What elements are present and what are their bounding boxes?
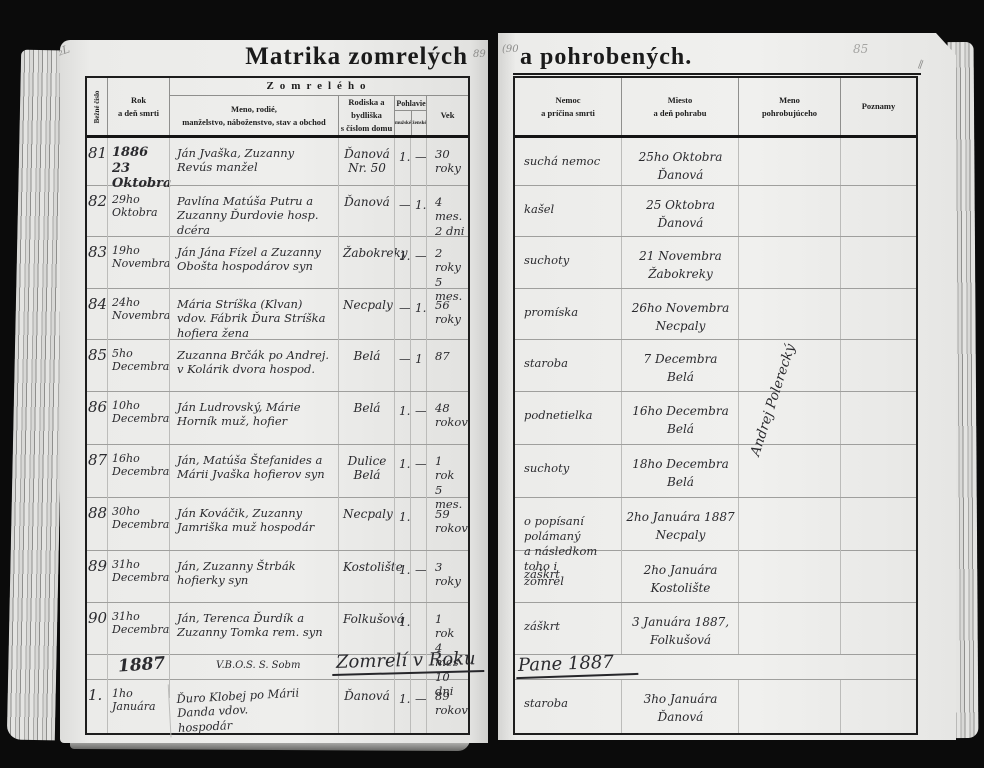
- cell-notes: [840, 392, 916, 444]
- register-row: 8830ho DecembraJán Kováčik, Zuzanny Jamr…: [87, 497, 468, 550]
- cell-name: Ján, Zuzanny Štrbák hofierky syn: [169, 551, 338, 602]
- cell-entry-number: 85: [87, 340, 107, 391]
- right-page-title: a pohrobených.: [520, 44, 692, 71]
- cell-sex-female: —: [410, 138, 426, 192]
- cell-buried-by: [738, 237, 840, 288]
- cell-cause-of-death: záškrt: [515, 551, 621, 602]
- column-header-sex-female: ženské: [411, 111, 427, 135]
- cell-death-date: 31ho Decembra: [107, 551, 169, 602]
- cell-notes: [840, 551, 916, 602]
- cell-entry-number: 88: [87, 498, 107, 550]
- cell-sex-male: 1.: [394, 680, 410, 733]
- cell-sex-male: 1.: [394, 551, 410, 602]
- cell-cause-of-death: podnetielka: [515, 392, 621, 444]
- cell-name: Mária Stríška (Klvan) vdov. Fábrik Ďura …: [169, 289, 338, 340]
- register-row: 8229ho OktobraPavlína Matúša Putru a Zuz…: [87, 185, 468, 236]
- pencil-mark-top-right: 85: [853, 42, 868, 56]
- cell-cause-of-death: kašel: [515, 186, 621, 236]
- cell-burial-place-date: 2ho Januára Kostolište: [621, 551, 738, 602]
- column-header-buried-by: Meno pohrobujúceho: [738, 78, 840, 135]
- burial-row: o popísaní polámaný a následkom toho i z…: [515, 497, 916, 550]
- cell-age: 59 rokov: [426, 498, 468, 550]
- register-row: 8716ho DecembraJán, Matúša Štefanides a …: [87, 444, 468, 497]
- cell-death-date: 5ho Decembra: [107, 340, 169, 391]
- register-row: 8424ho NovembraMária Stríška (Klvan) vdo…: [87, 288, 468, 339]
- burial-row: kašel25 Oktobra Ďanová: [515, 185, 916, 236]
- cell-buried-by: [738, 603, 840, 654]
- cell-name: Ďuro Klobej po Márii Danda vdov. hospodá…: [168, 676, 340, 738]
- burial-row: suchoty21 Novembra Žabokreky: [515, 236, 916, 288]
- cell-name: Pavlína Matúša Putru a Zuzanny Ďurdovie …: [169, 186, 338, 238]
- cell-entry-number: 1.: [87, 680, 107, 733]
- cell-burial-place-date: 25 Oktobra Ďanová: [621, 186, 738, 236]
- burial-row: suchoty18ho Decembra Belá: [515, 444, 916, 497]
- cell-death-date: 1ho Januára: [107, 680, 169, 733]
- burial-row: podnetielka16ho Decembra Belá: [515, 391, 916, 444]
- cell-cause-of-death: staroba: [515, 680, 621, 733]
- cell-residence: Necpaly: [338, 498, 394, 550]
- cell-notes: [840, 603, 916, 654]
- cell-age: 48 rokov: [426, 392, 468, 444]
- divider-year-1887: 1887: [117, 653, 166, 676]
- cell-cause-of-death: suchoty: [515, 237, 621, 288]
- cell-notes: [840, 138, 916, 185]
- left-page-title: Matrika zomrelých: [245, 43, 468, 71]
- cell-sex-female: 1: [410, 340, 426, 391]
- cell-burial-place-date: 25ho Oktobra Ďanová: [621, 138, 738, 185]
- cell-age: 56 roky: [426, 289, 468, 340]
- cell-cause-of-death: suchoty: [515, 445, 621, 497]
- cell-notes: [840, 680, 916, 733]
- burial-row: záškrt3 Januára 1887, Folkušová: [515, 602, 916, 654]
- section-header-zomreleho: Zomrelého: [169, 78, 468, 96]
- column-header-sex-male: mužské: [395, 111, 411, 135]
- cell-age: 4 mes. 2 dni: [426, 186, 468, 238]
- burial-row: staroba7 Decembra Belá: [515, 339, 916, 391]
- cell-death-date: 30ho Decembra: [107, 498, 169, 550]
- column-header-burial: Miesto a deň pohrabu: [621, 78, 738, 135]
- burial-row: staroba3ho Januára Ďanová: [515, 679, 916, 733]
- column-header-cause: Nemoc a príčina smrti: [515, 78, 621, 135]
- register-row: 8931ho DecembraJán, Zuzanny Štrbák hofie…: [87, 550, 468, 602]
- cell-notes: [840, 237, 916, 288]
- cell-notes: [840, 289, 916, 339]
- cell-entry-number: 81: [87, 138, 107, 192]
- column-header-date: Rok a deň smrti: [107, 78, 169, 135]
- cell-sex-female: 1.: [410, 186, 426, 238]
- cell-sex-female: —: [410, 680, 426, 733]
- cell-residence: Belá: [338, 340, 394, 391]
- cell-sex-female: [410, 498, 426, 550]
- cell-death-date: 10ho Decembra: [107, 392, 169, 444]
- cell-residence: Belá: [338, 392, 394, 444]
- cell-burial-place-date: 21 Novembra Žabokreky: [621, 237, 738, 288]
- cell-buried-by: [738, 138, 840, 185]
- cell-entry-number: 84: [87, 289, 107, 340]
- cell-buried-by: [738, 186, 840, 236]
- register-row: 811886 23 OktobraJán Jvaška, Zuzanny Rev…: [87, 138, 468, 185]
- cell-buried-by: [738, 551, 840, 602]
- burial-row: promíska26ho Novembra Necpaly: [515, 288, 916, 339]
- cell-burial-place-date: 3 Januára 1887, Folkušová: [621, 603, 738, 654]
- cell-sex-female: —: [410, 551, 426, 602]
- cell-entry-number: 89: [87, 551, 107, 602]
- cell-name: Ján Ludrovský, Márie Horník muž, hofier: [169, 392, 338, 444]
- burial-row: záškrt2ho Januára Kostolište: [515, 550, 916, 602]
- cell-residence: Ďanová Nr. 50: [338, 138, 394, 192]
- cell-residence: Kostolište: [338, 551, 394, 602]
- register-row: 8610ho DecembraJán Ludrovský, Márie Horn…: [87, 391, 468, 444]
- cell-residence: Ďanová: [338, 680, 394, 733]
- cell-burial-place-date: 7 Decembra Belá: [621, 340, 738, 391]
- register-row: 1.1ho JanuáraĎuro Klobej po Márii Danda …: [87, 679, 468, 733]
- cell-name: Ján Jvaška, Zuzanny Revús manžel: [169, 138, 338, 192]
- column-header-age: Vek: [426, 96, 468, 135]
- divider-zomreli-v-roku: Zomrelí v Roku: [332, 648, 484, 676]
- left-page: Matrika zomrelých Bežné číslo Rok a deň …: [60, 40, 488, 743]
- pencil-page-number-right: (90: [502, 44, 519, 55]
- cell-age: 87: [426, 340, 468, 391]
- cell-cause-of-death: staroba: [515, 340, 621, 391]
- deaths-table-body: 811886 23 OktobraJán Jvaška, Zuzanny Rev…: [87, 138, 468, 733]
- pencil-page-number-left: 89: [473, 49, 486, 60]
- cell-sex-male: —: [394, 340, 410, 391]
- register-row: 855ho DecembraZuzanna Brčák po Andrej. v…: [87, 339, 468, 391]
- register-row: 8319ho NovembraJán Jána Fízel a Zuzanny …: [87, 236, 468, 288]
- cell-residence: Necpaly: [338, 289, 394, 340]
- cell-death-date: 1886 23 Oktobra: [107, 138, 169, 192]
- cell-name: Zuzanna Brčák po Andrej. v Kolárik dvora…: [169, 340, 338, 391]
- cell-notes: [840, 340, 916, 391]
- register-row: 9031ho DecembraJán, Terenca Ďurdík a Zuz…: [87, 602, 468, 654]
- cell-buried-by: [738, 680, 840, 733]
- divider-left-note: V.B.O.S. S. Sobm: [216, 660, 300, 671]
- cell-death-date: 29ho Oktobra: [107, 186, 169, 238]
- column-header-sex: Pohlavie mužské ženské: [394, 96, 426, 135]
- divider-pane-1887: Pane 1887: [516, 651, 639, 679]
- cell-sex-male: —: [394, 186, 410, 238]
- cell-sex-male: 1.: [394, 498, 410, 550]
- title-rule: [513, 73, 921, 75]
- cell-entry-number: 86: [87, 392, 107, 444]
- column-header-notes: Poznamy: [840, 78, 916, 135]
- cell-age: 30 roky: [426, 138, 468, 192]
- cell-cause-of-death: promíska: [515, 289, 621, 339]
- burial-row: suchá nemoc25ho Oktobra Ďanová: [515, 138, 916, 185]
- cell-death-date: 24ho Novembra: [107, 289, 169, 340]
- burials-table-header: Nemoc a príčina smrti Miesto a deň pohra…: [515, 78, 916, 138]
- scanner-background: { "scan": { "margin_marks": { "top_left"…: [0, 0, 984, 768]
- cell-name: Ján Kováčik, Zuzanny Jamriška muž hospod…: [169, 498, 338, 550]
- cell-sex-female: 1.: [410, 289, 426, 340]
- cell-notes: [840, 186, 916, 236]
- cell-sex-female: —: [410, 392, 426, 444]
- column-header-home: Rodiska a bydliška s číslom domu: [338, 96, 394, 135]
- cell-cause-of-death: suchá nemoc: [515, 138, 621, 185]
- cell-sex-male: —: [394, 289, 410, 340]
- cell-sex-male: 1.: [394, 392, 410, 444]
- column-header-name: Meno, rodié, manželstvo, náboženstvo, st…: [169, 96, 338, 135]
- column-header-number: Bežné číslo: [87, 78, 107, 135]
- cell-burial-place-date: 16ho Decembra Belá: [621, 392, 738, 444]
- cell-age: 89 rokov: [426, 680, 468, 733]
- cell-entry-number: 82: [87, 186, 107, 238]
- cell-burial-place-date: 18ho Decembra Belá: [621, 445, 738, 497]
- burials-table-body: suchá nemoc25ho Oktobra Ďanovákašel25 Ok…: [515, 138, 916, 733]
- cell-sex-male: 1.: [394, 138, 410, 192]
- cell-burial-place-date: 26ho Novembra Necpaly: [621, 289, 738, 339]
- cell-burial-place-date: 3ho Januára Ďanová: [621, 680, 738, 733]
- cell-cause-of-death: záškrt: [515, 603, 621, 654]
- deaths-table-header: Bežné číslo Rok a deň smrti Zomrelého Me…: [87, 78, 468, 138]
- burials-table: Nemoc a príčina smrti Miesto a deň pohra…: [513, 76, 918, 735]
- cell-residence: Ďanová: [338, 186, 394, 238]
- right-page: a pohrobených. Nemoc a príčina smrti Mie…: [498, 33, 956, 740]
- deaths-table: Bežné číslo Rok a deň smrti Zomrelého Me…: [85, 76, 470, 735]
- cell-notes: [840, 445, 916, 497]
- cell-age: 3 roky: [426, 551, 468, 602]
